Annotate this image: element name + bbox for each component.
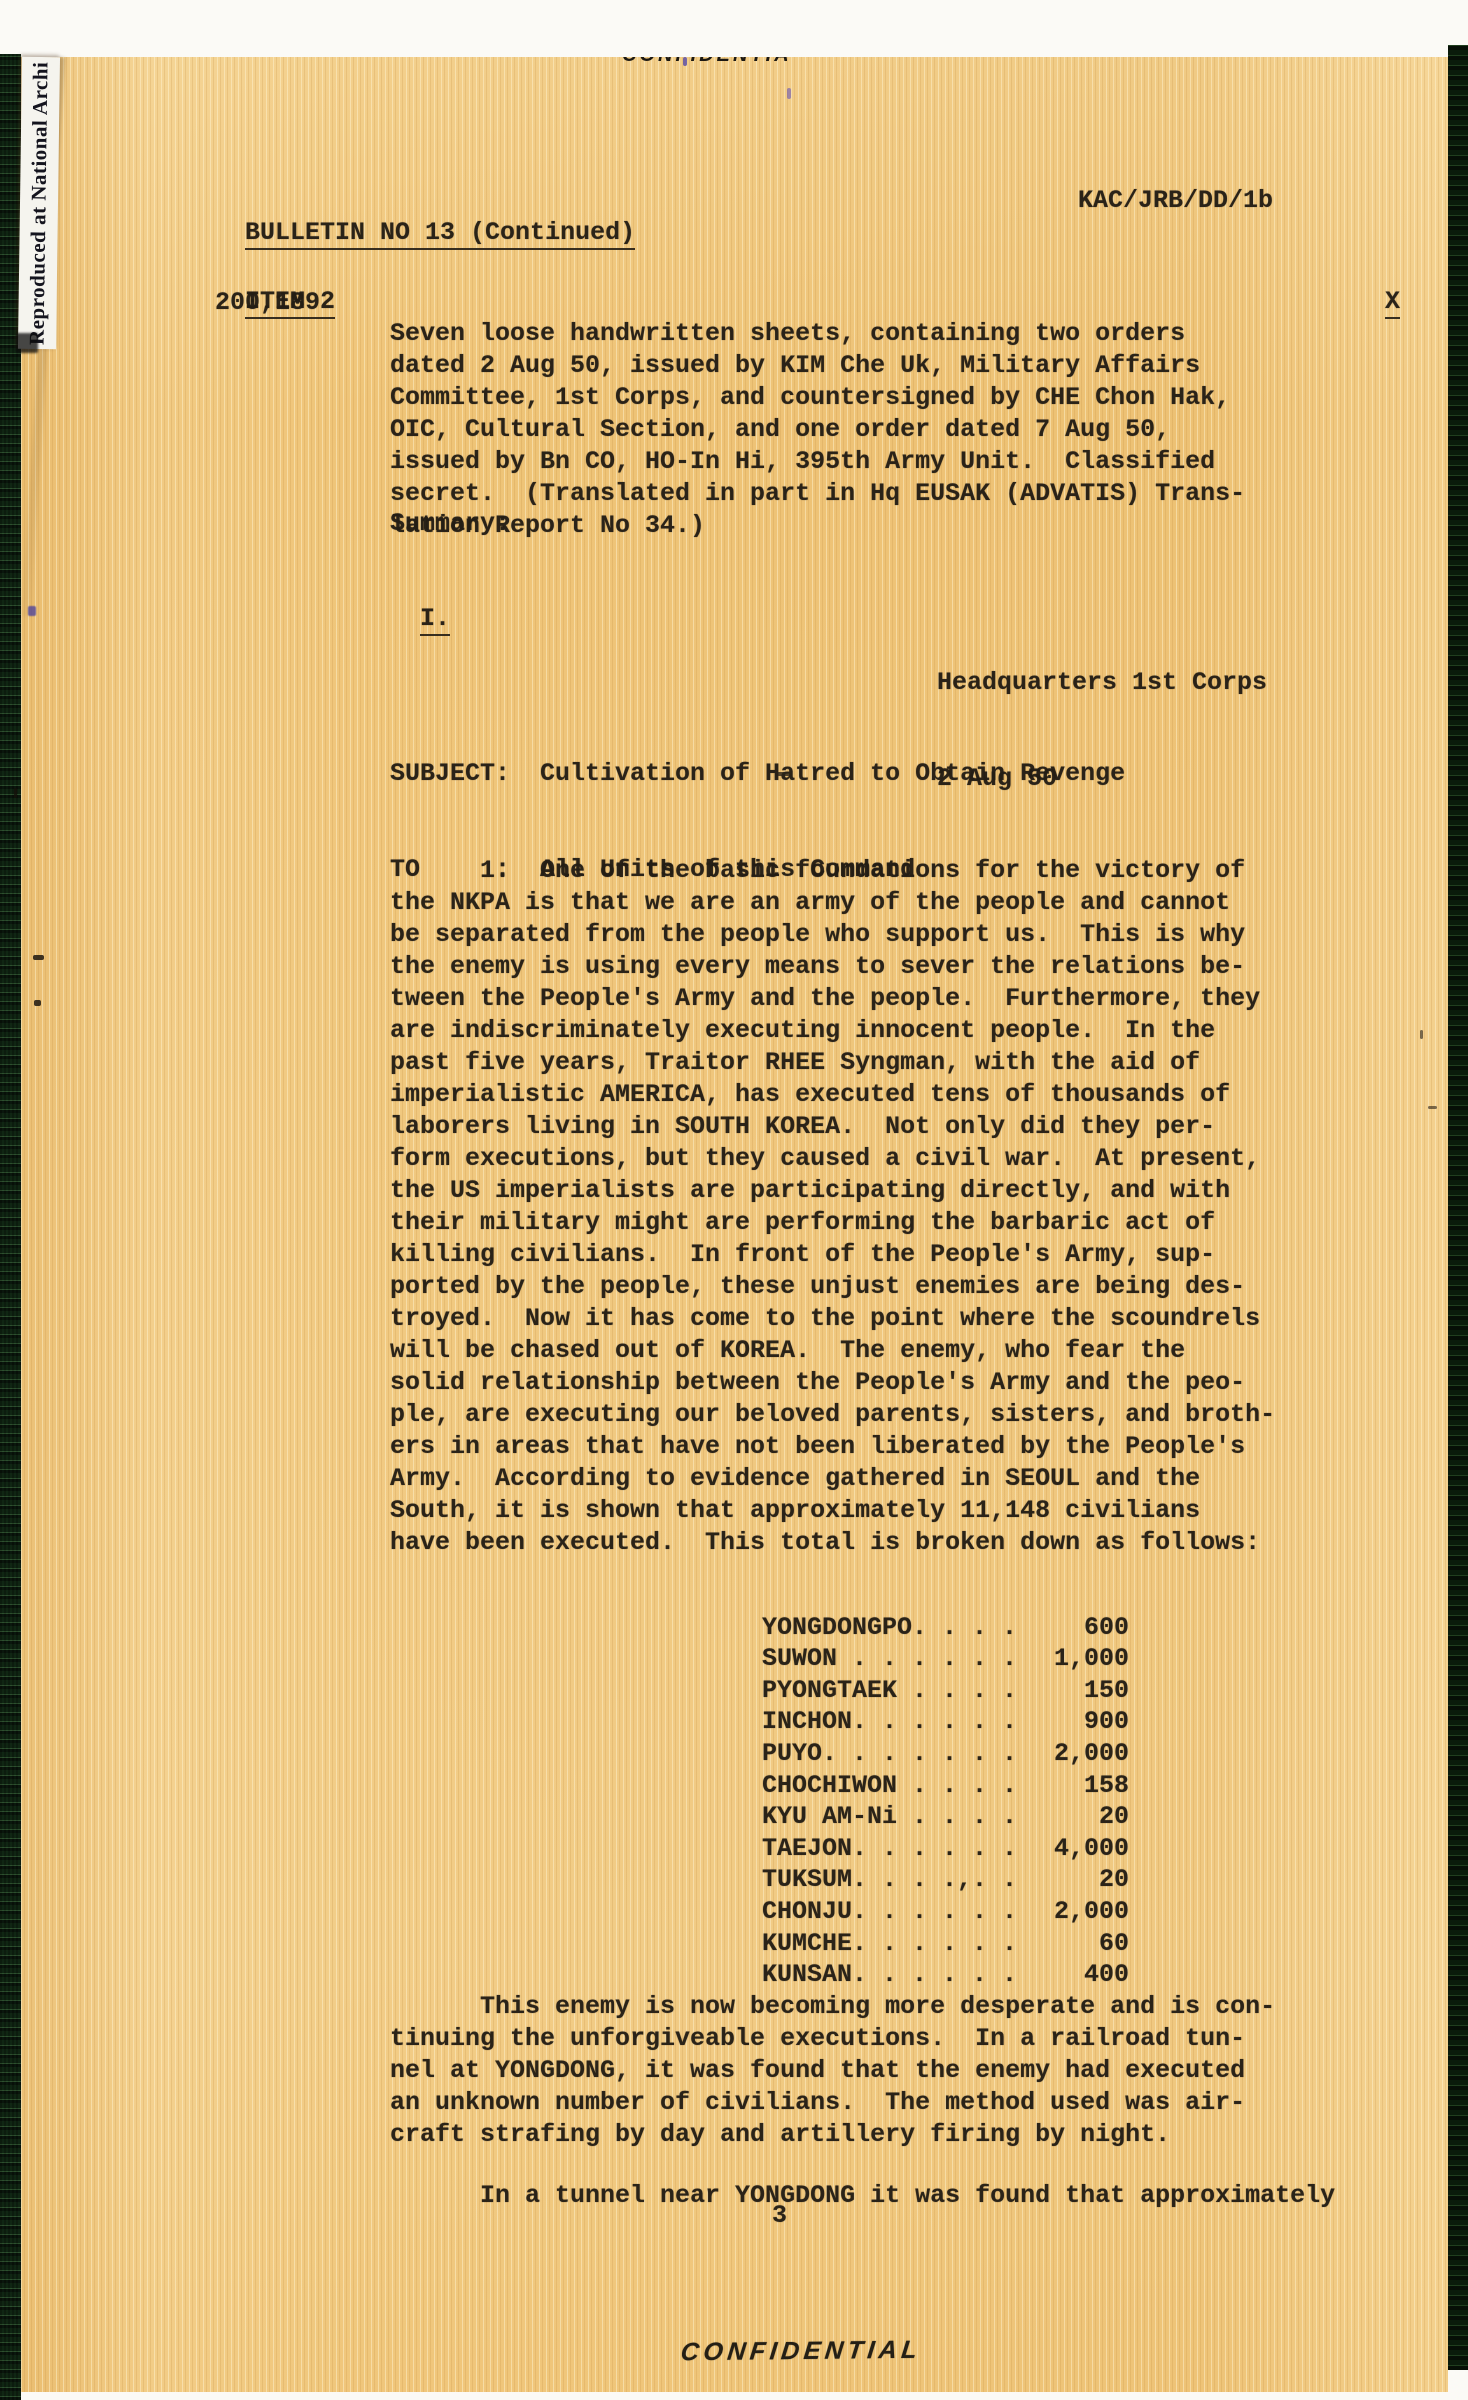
- typed-line: tinuing the unforgiveable executions. In…: [390, 2023, 1275, 2055]
- casualty-place: KYU AM-Ni . . . .: [762, 1801, 1017, 1833]
- typed-line: Committee, 1st Corps, and countersigned …: [390, 382, 1245, 414]
- archives-side-label-text: Reproduced at National Archi: [25, 61, 54, 345]
- typed-line: tween the People's Army and the people. …: [390, 983, 1275, 1015]
- casualty-count: 600: [1017, 1612, 1129, 1644]
- typed-line: are indiscriminately executing innocent …: [390, 1015, 1275, 1047]
- casualty-count: 158: [1017, 1770, 1129, 1802]
- typed-line: ple, are executing our beloved parents, …: [390, 1399, 1275, 1431]
- typed-line: secret. (Translated in part in Hq EUSAK …: [390, 478, 1245, 510]
- archives-side-label: Reproduced at National Archi: [18, 57, 60, 350]
- typed-line: the NKPA is that we are an army of the p…: [390, 887, 1275, 919]
- page-number: 3: [772, 2200, 787, 2232]
- ink-speck: [34, 1000, 41, 1006]
- typed-line: In a tunnel near YONGDONG it was found t…: [390, 2180, 1335, 2212]
- casualty-count: 2,000: [1017, 1896, 1129, 1928]
- typed-line: Army. According to evidence gathered in …: [390, 1463, 1275, 1495]
- reference-code: KAC/JRB/DD/1b: [1078, 185, 1273, 217]
- typed-line: laborers living in SOUTH KOREA. Not only…: [390, 1111, 1275, 1143]
- typed-line: troyed. Now it has come to the point whe…: [390, 1303, 1275, 1335]
- typed-line: issued by Bn CO, HO-In Hi, 395th Army Un…: [390, 446, 1245, 478]
- typed-line: ported by the people, these unjust enemi…: [390, 1271, 1275, 1303]
- typed-line: imperialistic AMERICA, has executed tens…: [390, 1079, 1275, 1111]
- margin-mark-x: X: [1355, 254, 1400, 318]
- ink-speck: [787, 88, 791, 99]
- typed-line: nel at YONGDONG, it was found that the e…: [390, 2055, 1275, 2087]
- casualty-place: CHONJU. . . . . .: [762, 1896, 1017, 1928]
- typed-line: This enemy is now becoming more desperat…: [390, 1991, 1275, 2023]
- typed-line: their military might are performing the …: [390, 1207, 1275, 1239]
- typed-line: an unknown number of civilians. The meth…: [390, 2087, 1275, 2119]
- ink-speck: [33, 955, 44, 960]
- right-binding-edge: [1448, 45, 1468, 2370]
- casualty-count: 1,000: [1017, 1643, 1129, 1675]
- casualty-count: 150: [1017, 1675, 1129, 1707]
- final-paragraph: In a tunnel near YONGDONG it was found t…: [390, 2116, 1335, 2244]
- scanned-document-page: { "page": { "side_label": "Reproduced at…: [0, 0, 1468, 2400]
- confidential-stamp: CONFIDENTIAL: [679, 2336, 923, 2368]
- bulletin-title: BULLETIN NO 13 (Continued): [215, 185, 635, 249]
- bulletin-title-text: BULLETIN NO 13 (Continued): [245, 218, 635, 250]
- typed-line: killing civilians. In front of the Peopl…: [390, 1239, 1275, 1271]
- ink-speck: [1420, 1030, 1423, 1039]
- casualty-place: YONGDONGPO. . . .: [762, 1612, 1017, 1644]
- subject-line: SUBJECT: Cultivation of Hatred to Obtain…: [390, 758, 1125, 790]
- stray-dash: [777, 772, 792, 776]
- casualty-count: 20: [1017, 1801, 1129, 1833]
- casualty-count: 20: [1017, 1864, 1129, 1896]
- roman-numeral: I.: [390, 571, 450, 635]
- summary-label: Summary:: [390, 508, 510, 540]
- item-numbers: 200,189: [215, 287, 320, 319]
- casualty-count: 2,000: [1017, 1738, 1129, 1770]
- ink-blot: [16, 333, 38, 353]
- casualty-place: CHOCHIWON . . . .: [762, 1770, 1017, 1802]
- typed-line: past five years, Traitor RHEE Syngman, w…: [390, 1047, 1275, 1079]
- casualty-count: 4,000: [1017, 1833, 1129, 1865]
- casualty-row: YONGDONGPO. . . .600: [672, 1580, 1129, 1612]
- roman-numeral-text: I.: [420, 604, 450, 636]
- typed-line: solid relationship between the People's …: [390, 1367, 1275, 1399]
- margin-mark-x-text: X: [1385, 287, 1400, 319]
- typed-line: ers in areas that have not been liberate…: [390, 1431, 1275, 1463]
- top-edge-stamp-text: CONFIDENTIAL: [622, 57, 787, 67]
- typed-line: form executions, but they caused a civil…: [390, 1143, 1275, 1175]
- typed-line: lation Report No 34.): [390, 510, 1245, 542]
- casualty-place: INCHON. . . . . .: [762, 1706, 1017, 1738]
- item-description: Seven loose handwritten sheets, containi…: [390, 254, 1245, 574]
- casualty-place: SUWON . . . . . .: [762, 1643, 1017, 1675]
- typed-line: 1. One of the basic foundations for the …: [390, 855, 1275, 887]
- casualty-place: PYONGTAEK . . . .: [762, 1675, 1017, 1707]
- typed-line: the US imperialists are participating di…: [390, 1175, 1275, 1207]
- main-paragraph: 1. One of the basic foundations for the …: [390, 791, 1275, 1591]
- casualties-table: YONGDONGPO. . . .600 SUWON . . . . . .1,…: [672, 1516, 1129, 1991]
- top-edge-stamp: CONFIDENTIAL: [622, 57, 787, 69]
- ink-speck: [1428, 1106, 1437, 1109]
- left-binding-edge: [0, 54, 21, 2400]
- casualty-count: 900: [1017, 1706, 1129, 1738]
- typed-line: will be chased out of KOREA. The enemy, …: [390, 1335, 1275, 1367]
- typed-line: OIC, Cultural Section, and one order dat…: [390, 414, 1245, 446]
- typed-line: the enemy is using every means to sever …: [390, 951, 1275, 983]
- casualty-place: PUYO. . . . . . .: [762, 1738, 1017, 1770]
- typed-line: Seven loose handwritten sheets, containi…: [390, 318, 1245, 350]
- typed-line: dated 2 Aug 50, issued by KIM Che Uk, Mi…: [390, 350, 1245, 382]
- ink-speck: [28, 606, 36, 616]
- typed-line: be separated from the people who support…: [390, 919, 1275, 951]
- ink-speck: [683, 57, 687, 66]
- ink-speck: [14, 788, 17, 798]
- casualty-place: TUKSUM. . . .,. .: [762, 1864, 1017, 1896]
- casualty-place: TAEJON. . . . . .: [762, 1833, 1017, 1865]
